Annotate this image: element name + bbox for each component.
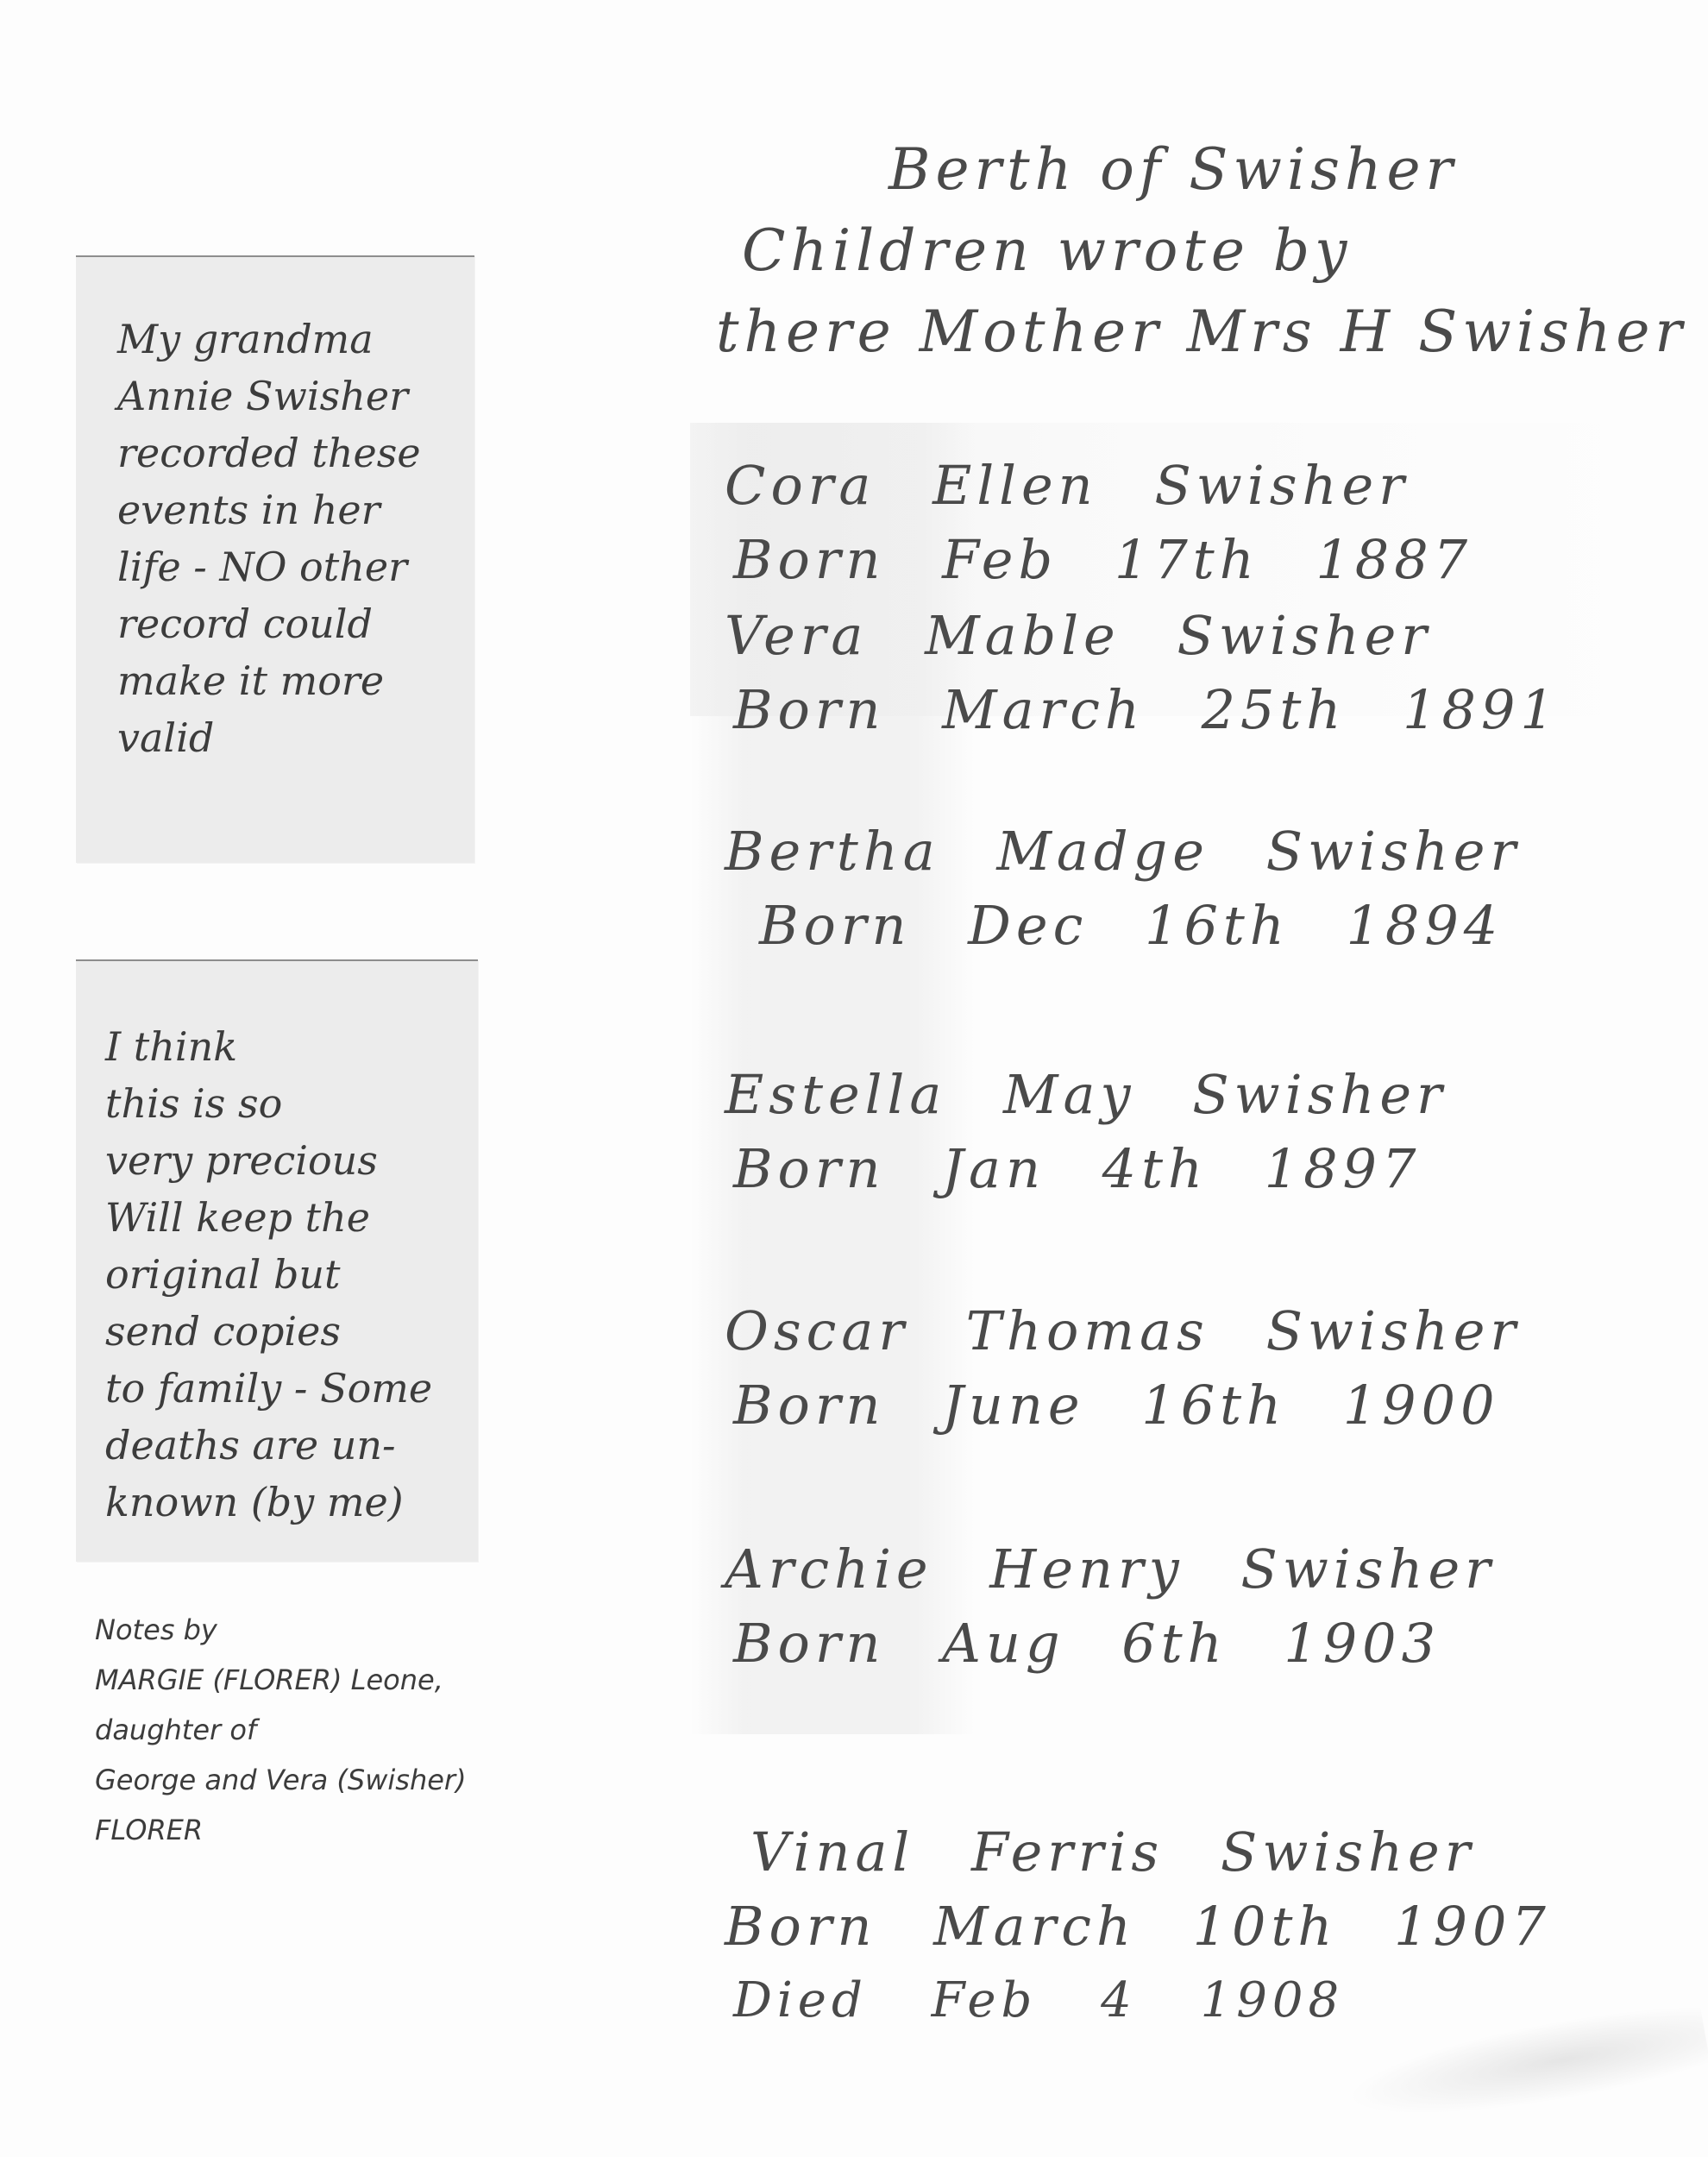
- child-name: Estella May Swisher: [725, 1058, 1673, 1132]
- birth-date: Born March 25th 1891: [725, 673, 1673, 747]
- birth-entry: Oscar Thomas Swisher Born June 16th 1900: [725, 1294, 1673, 1443]
- record-title: Berth of Swisher Children wrote by there…: [716, 129, 1682, 373]
- birth-date: Born Jan 4th 1897: [725, 1132, 1673, 1206]
- note-card-1: My grandma Annie Swisher recorded these …: [76, 255, 474, 863]
- note-card-text: My grandma Annie Swisher recorded these …: [76, 257, 474, 766]
- birth-entry: Vera Mable Swisher Born March 25th 1891: [725, 599, 1673, 747]
- birth-date: Born June 16th 1900: [725, 1368, 1673, 1443]
- child-name: Bertha Madge Swisher: [725, 814, 1673, 889]
- birth-entry: Cora Ellen Swisher Born Feb 17th 1887: [725, 449, 1673, 597]
- child-name: Vera Mable Swisher: [725, 599, 1673, 673]
- birth-date: Born March 10th 1907: [716, 1890, 1665, 1964]
- note-card-2: I think this is so very precious Will ke…: [76, 959, 478, 1562]
- title-line-3: there Mother Mrs H Swisher: [716, 292, 1682, 373]
- child-name: Vinal Ferris Swisher: [716, 1815, 1665, 1890]
- title-line-2: Children wrote by: [716, 211, 1682, 292]
- child-name: Oscar Thomas Swisher: [725, 1294, 1673, 1368]
- birth-entry: Bertha Madge Swisher Born Dec 16th 1894: [725, 814, 1673, 963]
- birth-entry: Vinal Ferris Swisher Born March 10th 190…: [716, 1815, 1665, 2038]
- child-name: Archie Henry Swisher: [725, 1532, 1673, 1607]
- birth-date: Born Dec 16th 1894: [725, 889, 1673, 963]
- title-line-1: Berth of Swisher: [716, 129, 1682, 211]
- birth-entry: Archie Henry Swisher Born Aug 6th 1903: [725, 1532, 1673, 1681]
- note-card-text: I think this is so very precious Will ke…: [76, 961, 478, 1531]
- child-name: Cora Ellen Swisher: [725, 449, 1673, 523]
- birth-date: Born Aug 6th 1903: [725, 1607, 1673, 1681]
- notes-signature: Notes by MARGIE (FLORER) Leone, daughter…: [95, 1605, 630, 1855]
- birth-date: Born Feb 17th 1887: [725, 523, 1673, 597]
- birth-entry: Estella May Swisher Born Jan 4th 1897: [725, 1058, 1673, 1206]
